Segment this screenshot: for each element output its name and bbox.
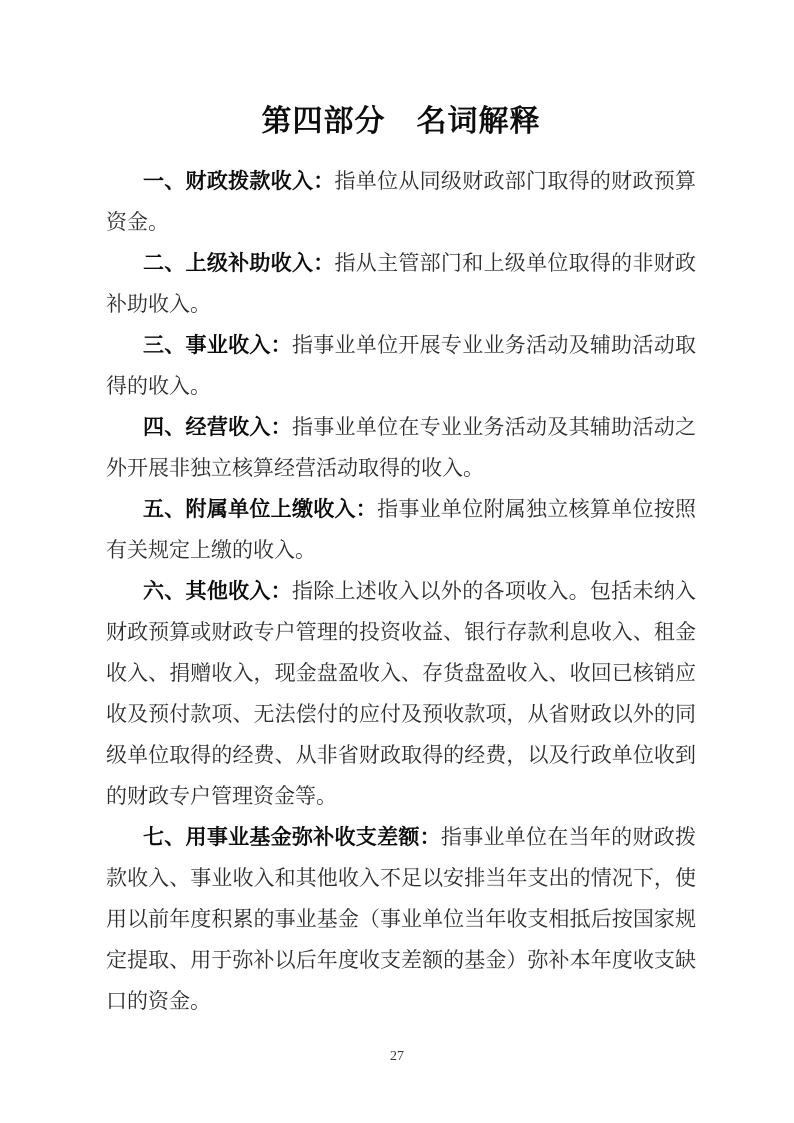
definition-paragraph: 四、经营收入：指事业单位在专业业务活动及其辅助活动之外开展非独立核算经营活动取得…	[106, 407, 696, 489]
term-label: 一、财政拨款收入：	[143, 170, 335, 193]
term-definition: 指事业单位在当年的财政拨款收入、事业收入和其他收入不足以安排当年支出的情况下，使…	[106, 825, 696, 1013]
definition-paragraph: 六、其他收入：指除上述收入以外的各项收入。包括未纳入财政预算或财政专户管理的投资…	[106, 571, 696, 817]
definition-paragraph: 三、事业收入：指事业单位开展专业业务活动及辅助活动取得的收入。	[106, 325, 696, 407]
term-label: 二、上级补助收入：	[143, 252, 335, 275]
term-label: 四、经营收入：	[143, 416, 292, 439]
definition-paragraph: 一、财政拨款收入：指单位从同级财政部门取得的财政预算资金。	[106, 161, 696, 243]
definitions-list: 一、财政拨款收入：指单位从同级财政部门取得的财政预算资金。 二、上级补助收入：指…	[106, 161, 696, 1022]
definition-paragraph: 五、附属单位上缴收入：指事业单位附属独立核算单位按照有关规定上缴的收入。	[106, 489, 696, 571]
term-label: 七、用事业基金弥补收支差额：	[143, 826, 441, 849]
term-label: 三、事业收入：	[143, 334, 292, 357]
document-page: 第四部分 名词解释 一、财政拨款收入：指单位从同级财政部门取得的财政预算资金。 …	[0, 0, 794, 1123]
term-label: 六、其他收入：	[143, 580, 292, 603]
term-label: 五、附属单位上缴收入：	[143, 498, 377, 521]
definition-paragraph: 七、用事业基金弥补收支差额：指事业单位在当年的财政拨款收入、事业收入和其他收入不…	[106, 817, 696, 1022]
term-definition: 指除上述收入以外的各项收入。包括未纳入财政预算或财政专户管理的投资收益、银行存款…	[106, 579, 696, 808]
page-title: 第四部分 名词解释	[106, 100, 696, 144]
definition-paragraph: 二、上级补助收入：指从主管部门和上级单位取得的非财政补助收入。	[106, 243, 696, 325]
page-number: 27	[0, 1049, 794, 1065]
